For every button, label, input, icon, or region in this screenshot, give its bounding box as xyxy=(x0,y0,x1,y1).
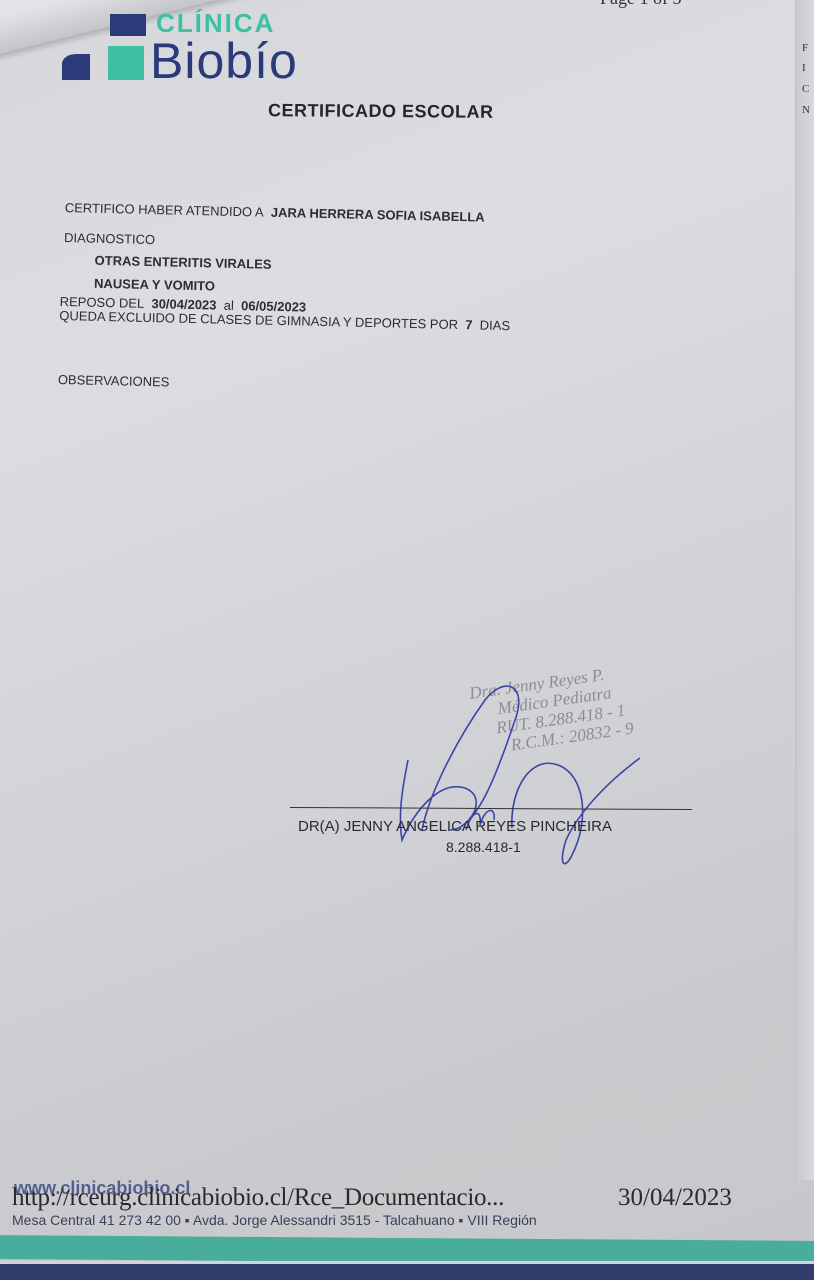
signer-name: DR(A) JENNY ANGELICA REYES PINCHEIRA xyxy=(298,818,612,835)
diagnosis-item: NAUSEA Y VOMITO xyxy=(94,276,215,294)
edge-letter: I xyxy=(802,62,806,74)
edge-letter: F xyxy=(802,42,808,54)
diagnosis-item: OTRAS ENTERITIS VIRALES xyxy=(94,253,271,272)
patient-name: JARA HERRERA SOFIA ISABELLA xyxy=(271,205,485,225)
certificate-body: CERTIFICO HABER ATENDIDO A JARA HERRERA … xyxy=(62,200,622,213)
adjacent-page-edge: F I C N xyxy=(795,0,814,1180)
signer-rut: 8.288.418-1 xyxy=(446,839,521,855)
logo-block-navy xyxy=(62,54,90,80)
attended-line: CERTIFICO HABER ATENDIDO A JARA HERRERA … xyxy=(65,200,485,225)
print-url: http://rceurg.clinicabiobio.cl/Rce_Docum… xyxy=(12,1184,504,1212)
logo-block-teal xyxy=(108,46,144,80)
attended-label: CERTIFICO HABER ATENDIDO A xyxy=(65,200,264,220)
document-title: CERTIFICADO ESCOLAR xyxy=(268,100,494,123)
clinic-address: Mesa Central 41 273 42 00 ▪ Avda. Jorge … xyxy=(12,1212,537,1228)
print-date: 30/04/2023 xyxy=(618,1184,732,1212)
edge-letter: C xyxy=(802,83,809,95)
page-indicator: Page 1 of 5 xyxy=(600,0,681,9)
observations-label: OBSERVACIONES xyxy=(58,372,170,390)
footer-band-navy xyxy=(0,1264,814,1280)
diagnosis-label: DIAGNOSTICO xyxy=(64,230,155,247)
edge-letter: N xyxy=(802,104,810,116)
exclusion-days: 7 xyxy=(465,317,473,332)
logo-biobio-text: Biobío xyxy=(150,36,298,86)
signature-block: Dra. Jenny Reyes P. Médico Pediatra RUT.… xyxy=(290,680,710,880)
logo-block-navy-top xyxy=(110,14,146,36)
